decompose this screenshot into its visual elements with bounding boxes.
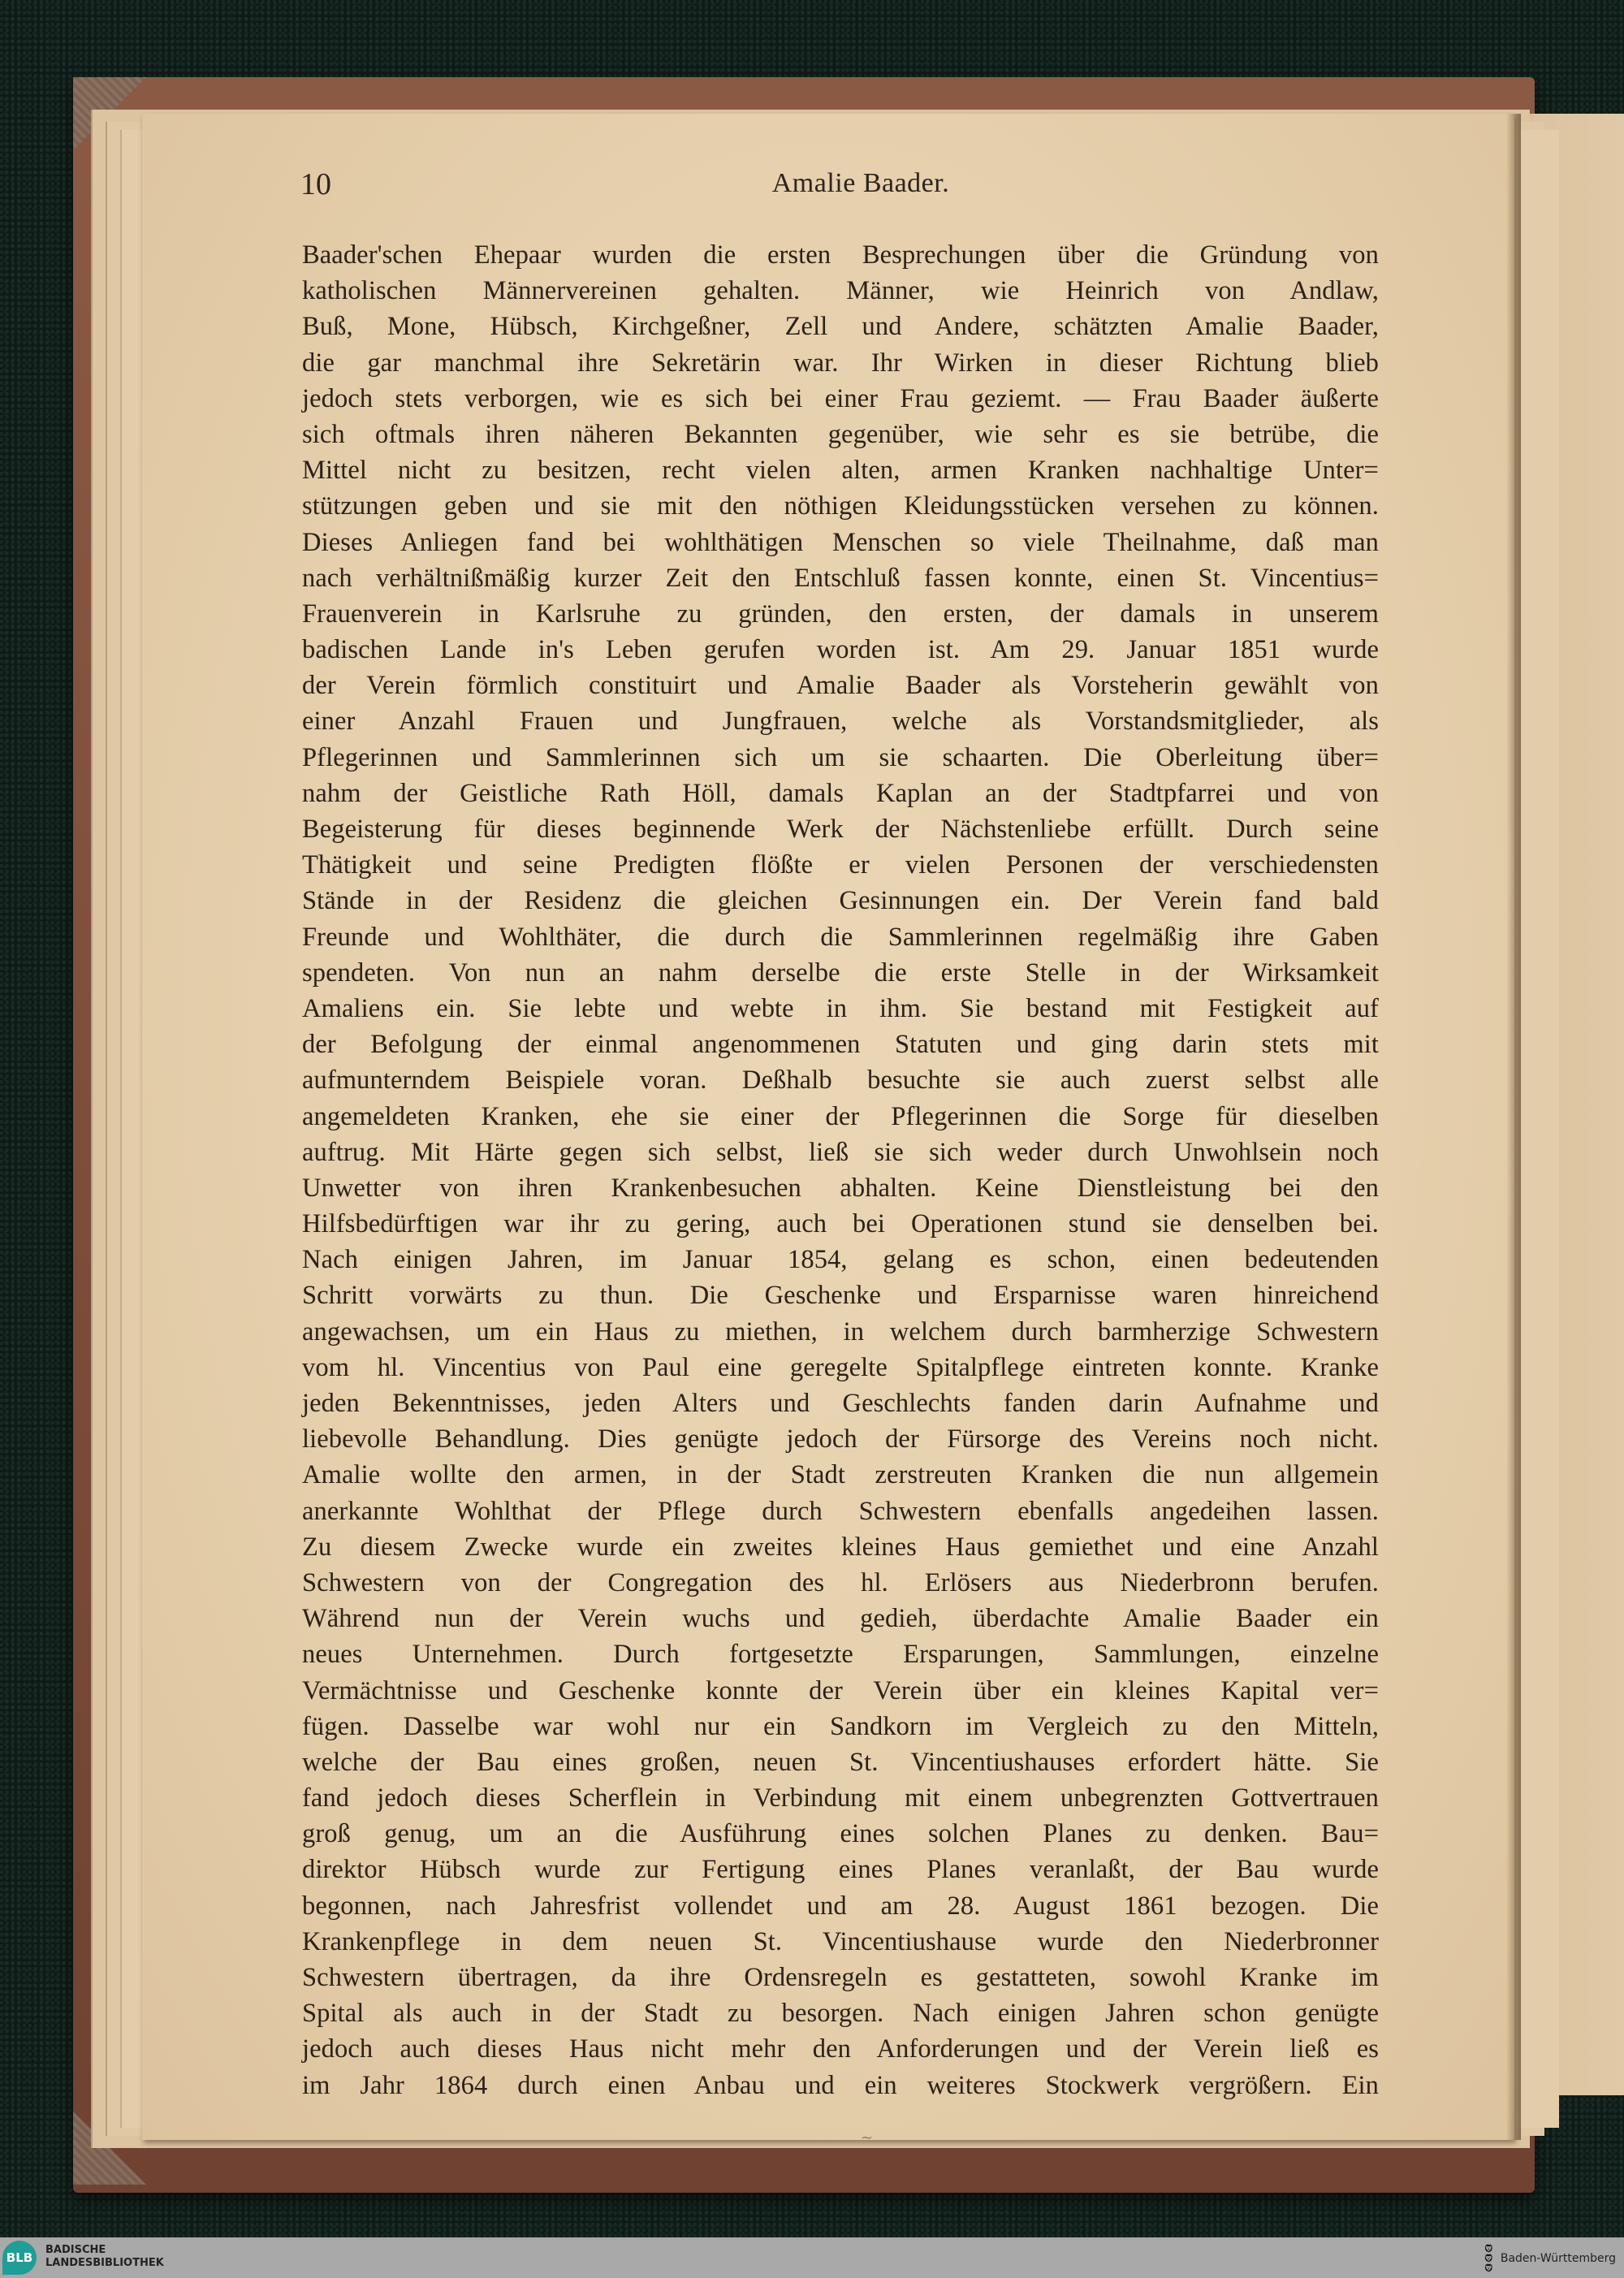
text-line: Während nun der Verein wuchs und gedieh,… [302,1601,1379,1636]
text-line: aufmunterndem Beispiele voran. Deßhalb b… [302,1062,1379,1098]
text-line: spendeten. Von nun an nahm derselbe die … [302,955,1379,991]
text-line: fand jedoch dieses Scherflein in Verbind… [302,1780,1379,1816]
text-line: jedoch auch dieses Haus nicht mehr den A… [302,2031,1379,2067]
text-line: direktor Hübsch wurde zur Fertigung eine… [302,1852,1379,1887]
text-line: die gar manchmal ihre Sekretärin war. Ih… [302,345,1379,381]
text-line: badischen Lande in's Leben gerufen worde… [302,632,1379,668]
text-line: Zu diesem Zwecke wurde ein zweites klein… [302,1529,1379,1565]
blb-logo-text: BADISCHE LANDESBIBLIOTHEK [45,2244,164,2270]
text-line: katholischen Männervereinen gehalten. Mä… [302,273,1379,309]
text-line: der Verein förmlich constituirt und Amal… [302,668,1379,703]
text-line: Mittel nicht zu besitzen, recht vielen a… [302,452,1379,488]
text-line: Nach einigen Jahren, im Januar 1854, gel… [302,1242,1379,1277]
running-header: 10 Amalie Baader. [300,166,1421,207]
text-line: Schwestern übertragen, da ihre Ordensreg… [302,1960,1379,1995]
text-line: auftrug. Mit Härte gegen sich selbst, li… [302,1135,1379,1170]
text-line: nahm der Geistliche Rath Höll, damals Ka… [302,776,1379,811]
text-line: Krankenpflege in dem neuen St. Vincentiu… [302,1924,1379,1960]
text-line: Amaliens ein. Sie lebte und webte in ihm… [302,991,1379,1027]
text-line: Schritt vorwärts zu thun. Die Geschenke … [302,1277,1379,1313]
text-line: Hilfsbedürftigen war ihr zu gering, auch… [302,1206,1379,1242]
text-line: einer Anzahl Frauen und Jungfrauen, welc… [302,703,1379,739]
text-line: Freunde und Wohlthäter, die durch die Sa… [302,919,1379,955]
text-line: welche der Bau eines großen, neuen St. V… [302,1744,1379,1780]
text-line: Amalie wollte den armen, in der Stadt ze… [302,1457,1379,1493]
coat-of-arms-icon: 🦁︎🦁︎🦁︎ [1484,2245,1494,2273]
text-line: Begeisterung für dieses beginnende Werk … [302,811,1379,847]
text-line: Thätigkeit und seine Predigten flößte er… [302,847,1379,883]
text-line: stützungen geben und sie mit den nöthige… [302,488,1379,524]
blb-logo-line1: BADISCHE [45,2244,164,2257]
gutter-shadow [1506,114,1521,2140]
body-text: Baader'schen Ehepaar wurden die ersten B… [302,237,1379,2103]
text-line: Stände in der Residenz die gleichen Gesi… [302,883,1379,919]
text-line: Dieses Anliegen fand bei wohlthätigen Me… [302,525,1379,560]
text-line: Buß, Mone, Hübsch, Kirchgeßner, Zell und… [302,309,1379,344]
text-line: Unwetter von ihren Krankenbesuchen abhal… [302,1170,1379,1206]
text-line: vom hl. Vincentius von Paul eine geregel… [302,1350,1379,1385]
text-line: Pflegerinnen und Sammlerinnen sich um si… [302,740,1379,776]
text-line: im Jahr 1864 durch einen Anbau und ein w… [302,2068,1379,2103]
baden-wuerttemberg-text: Baden-Württemberg [1501,2252,1616,2265]
text-line: Vermächtnisse und Geschenke konnte der V… [302,1673,1379,1709]
text-line: Frauenverein in Karlsruhe zu gründen, de… [302,596,1379,632]
text-line: Spital als auch in der Stadt zu besorgen… [302,1995,1379,2031]
running-title: Amalie Baader. [300,168,1421,199]
footer-bar: BLB BADISCHE LANDESBIBLIOTHEK 🦁︎🦁︎🦁︎ Bad… [0,2237,1624,2278]
text-line: neues Unternehmen. Durch fortgesetzte Er… [302,1636,1379,1672]
blb-logo-icon[interactable]: BLB [2,2241,37,2275]
text-line: angemeldeten Kranken, ehe sie einer der … [302,1099,1379,1135]
text-line: Baader'schen Ehepaar wurden die ersten B… [302,237,1379,273]
text-line: angewachsen, um ein Haus zu miethen, in … [302,1314,1379,1350]
text-line: nach verhältnißmäßig kurzer Zeit den Ent… [302,560,1379,596]
text-line: jeden Bekenntnisses, jeden Alters und Ge… [302,1385,1379,1421]
blb-logo-line2: LANDESBIBLIOTHEK [45,2257,164,2270]
text-line: fügen. Dasselbe war wohl nur ein Sandkor… [302,1709,1379,1744]
text-line: jedoch stets verborgen, wie es sich bei … [302,381,1379,417]
text-line: liebevolle Behandlung. Dies genügte jedo… [302,1421,1379,1457]
text-line: begonnen, nach Jahresfrist vollendet und… [302,1888,1379,1924]
ink-mark: ~ [861,2129,885,2138]
text-line: anerkannte Wohlthat der Pflege durch Sch… [302,1493,1379,1529]
text-line: Schwestern von der Congregation des hl. … [302,1565,1379,1601]
baden-wuerttemberg-logo[interactable]: 🦁︎🦁︎🦁︎ Baden-Württemberg [1484,2243,1616,2274]
text-line: sich oftmals ihren näheren Bekannten geg… [302,417,1379,452]
text-line: groß genug, um an die Ausführung eines s… [302,1816,1379,1852]
text-line: der Befolgung der einmal angenommenen St… [302,1027,1379,1062]
